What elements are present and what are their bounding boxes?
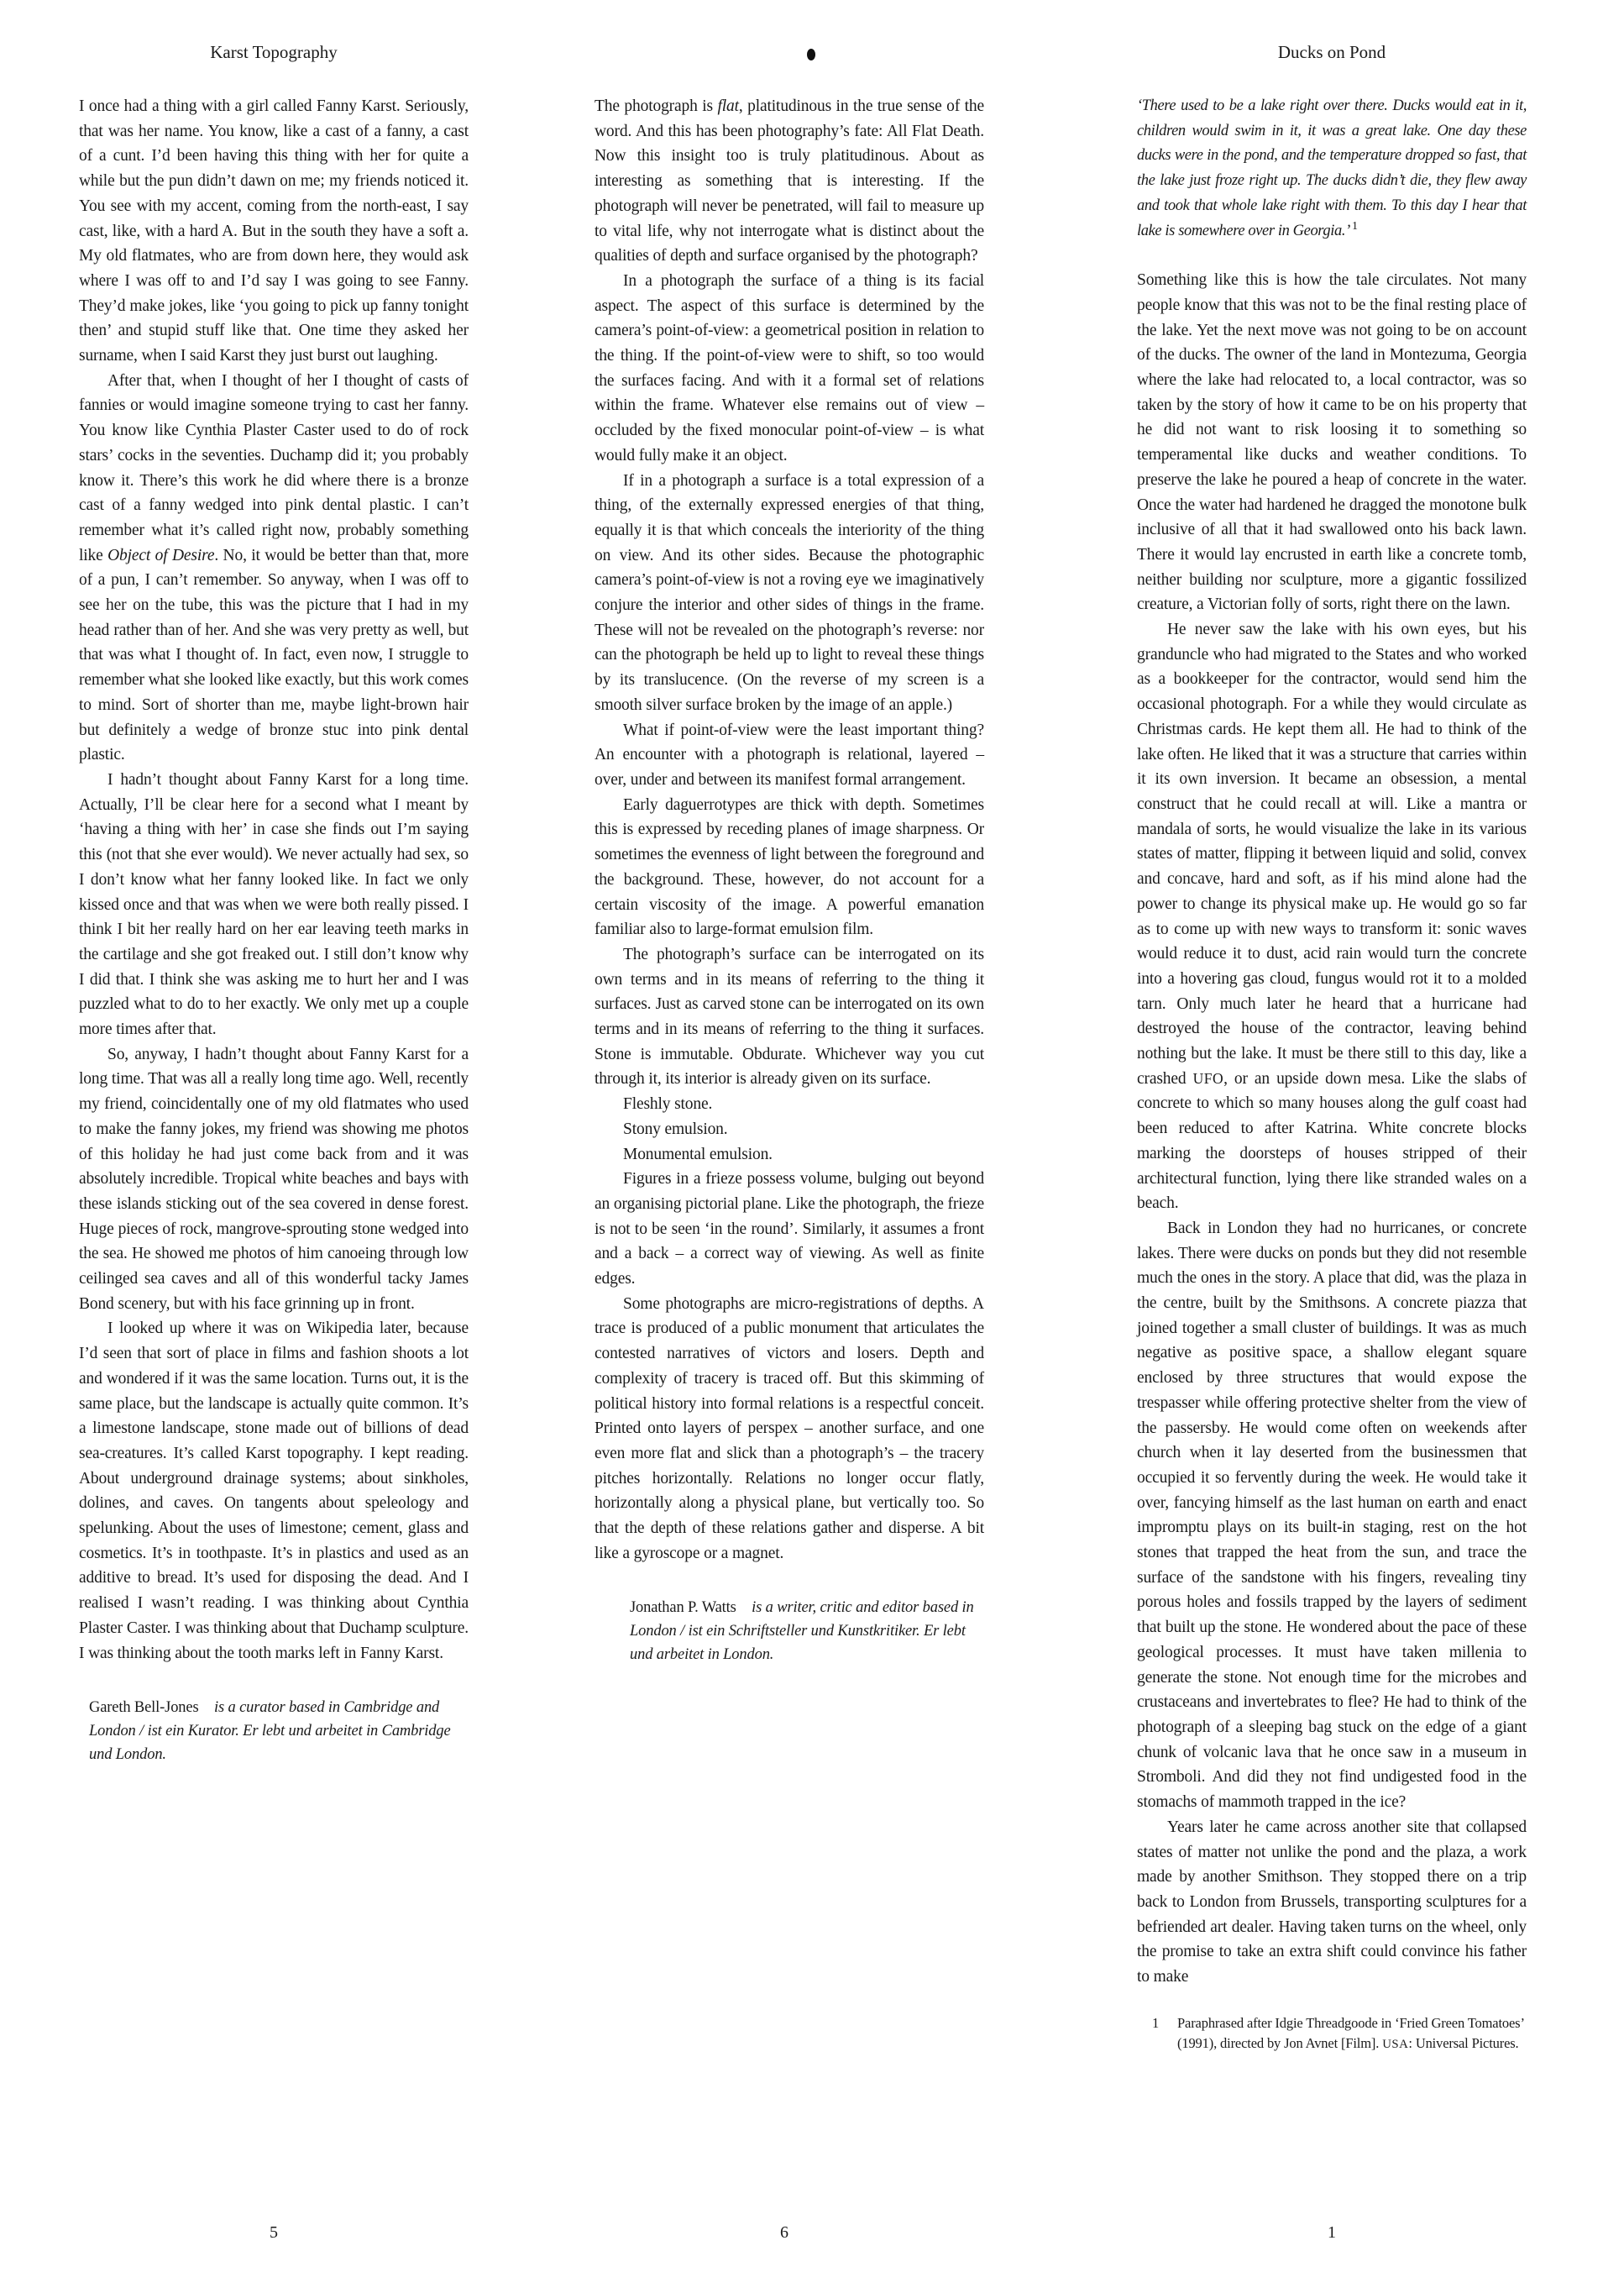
paragraph: Back in London they had no hurricanes, o…	[1137, 1216, 1527, 1815]
footnote-text-part: : Universal Pictures.	[1408, 2035, 1518, 2051]
page-number-center: 6	[767, 2223, 801, 2243]
paragraph-text: He never saw the lake with his own eyes,…	[1137, 621, 1527, 1088]
paragraph: If in a photograph a surface is a total …	[595, 469, 984, 718]
running-title-right: Ducks on Pond	[1137, 42, 1527, 63]
paragraph: So, anyway, I hadn’t thought about Fanny…	[79, 1042, 469, 1317]
bullet-dot-icon	[807, 49, 815, 60]
paragraph: I hadn’t thought about Fanny Karst for a…	[79, 768, 469, 1042]
author-bio: Jonathan P. Watts is a writer, critic an…	[595, 1596, 984, 1666]
epigraph: ‘There used to be a lake right over ther…	[1137, 94, 1527, 244]
paragraph: I looked up where it was on Wikipedia la…	[79, 1316, 469, 1666]
paragraph: Fleshly stone.	[595, 1092, 984, 1117]
acronym: USA	[1382, 2038, 1408, 2051]
artwork-title: Object of Desire	[107, 547, 214, 564]
page-number-right: 1	[1315, 2223, 1349, 2243]
footnote: 1 Paraphrased after Idgie Threadgoode in…	[1137, 2013, 1527, 2055]
paragraph: The photograph’s surface can be interrog…	[595, 942, 984, 1092]
running-header: Karst Topography Ducks on Pond	[0, 42, 1624, 67]
paragraph-text: . No, it would be better than that, more…	[79, 547, 469, 764]
paragraph-text: , platitudinous in the true sense of the…	[595, 97, 984, 265]
page-number-left: 5	[257, 2223, 291, 2243]
paragraph: What if point-of-view were the least imp…	[595, 718, 984, 793]
paragraph: In a photograph the surface of a thing i…	[595, 269, 984, 469]
footnote-text: Paraphrased after Idgie Threadgoode in ‘…	[1177, 2013, 1527, 2055]
paragraph-text: , or an upside down mesa. Like the slabs…	[1137, 1070, 1527, 1213]
footnote-reference[interactable]: 1	[1352, 219, 1358, 232]
footnote-number: 1	[1152, 2013, 1164, 2055]
paragraph: The photograph is flat, platitudinous in…	[595, 94, 984, 269]
paragraph: I once had a thing with a girl called Fa…	[79, 94, 469, 369]
paragraph: He never saw the lake with his own eyes,…	[1137, 617, 1527, 1216]
paragraph: After that, when I thought of her I thou…	[79, 369, 469, 768]
acronym: UFO	[1193, 1070, 1224, 1087]
author-bio: Gareth Bell-Jones is a curator based in …	[79, 1696, 469, 1766]
paragraph: Some photographs are micro-registrations…	[595, 1292, 984, 1566]
running-title-left: Karst Topography	[79, 42, 469, 63]
column-karst-topography: I once had a thing with a girl called Fa…	[79, 94, 469, 1766]
column-photograph-essay: The photograph is flat, platitudinous in…	[595, 94, 984, 1666]
paragraph: Figures in a frieze possess volume, bulg…	[595, 1167, 984, 1292]
author-name: Gareth Bell-Jones	[89, 1699, 199, 1716]
paragraph: Something like this is how the tale circ…	[1137, 268, 1527, 617]
paragraph-text: The photograph is	[595, 97, 717, 115]
emphasis: flat	[717, 97, 738, 115]
paragraph: Early daguerrotypes are thick with depth…	[595, 793, 984, 942]
author-name: Jonathan P. Watts	[630, 1599, 736, 1616]
paragraph: Stony emulsion.	[595, 1117, 984, 1142]
column-ducks-on-pond: ‘There used to be a lake right over ther…	[1137, 94, 1527, 2055]
paragraph: Monumental emulsion.	[595, 1142, 984, 1167]
paragraph: Years later he came across another site …	[1137, 1815, 1527, 1990]
epigraph-text: ‘There used to be a lake right over ther…	[1137, 97, 1527, 239]
paragraph-text: After that, when I thought of her I thou…	[79, 372, 469, 564]
